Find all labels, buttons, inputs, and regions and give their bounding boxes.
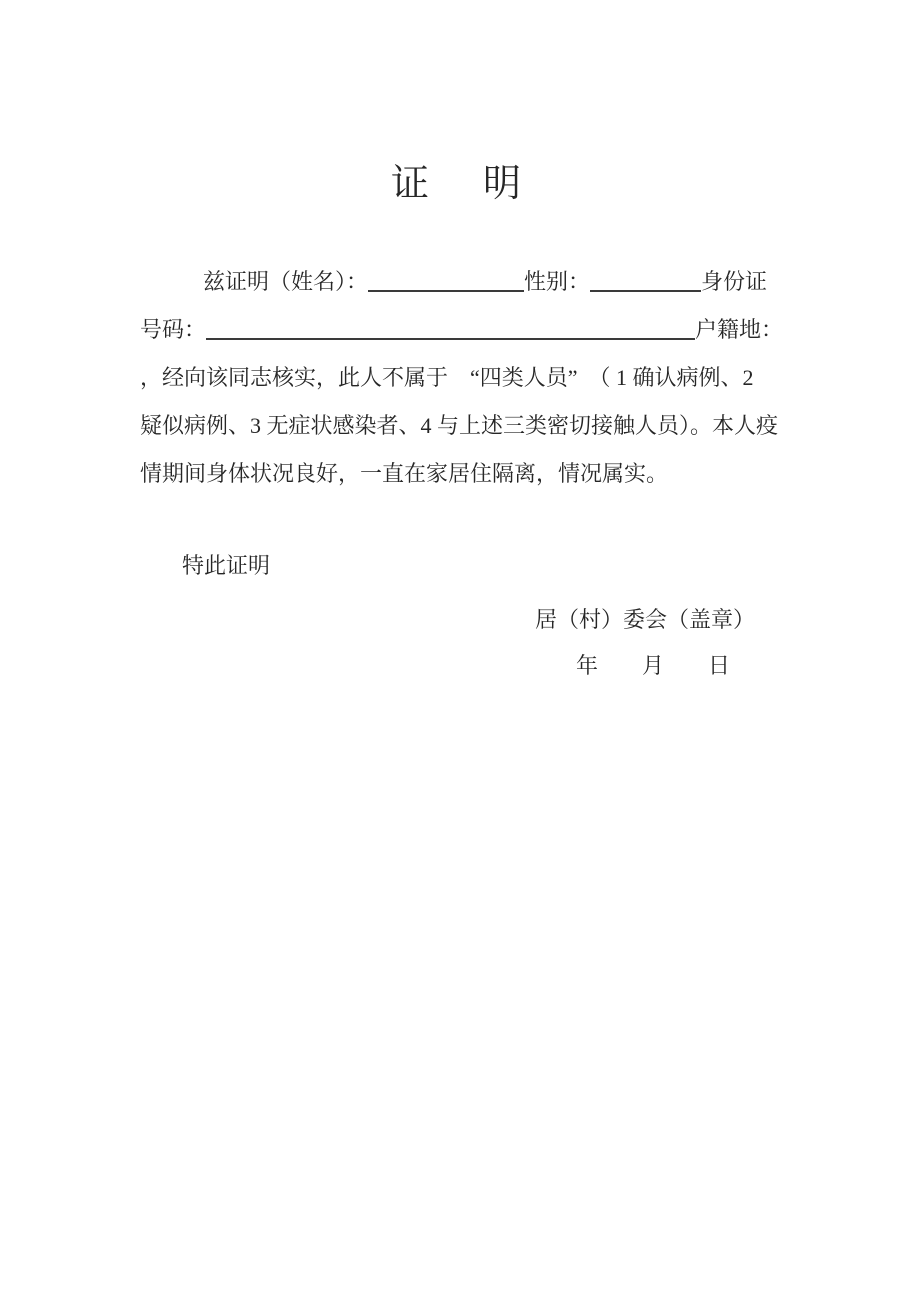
id-number-blank-field[interactable]: [206, 316, 695, 340]
gender-label: 性别：: [524, 269, 590, 294]
name-label: 兹证明（姓名）：: [203, 269, 368, 294]
body-line-4: 疑似病例、3 无症状感染者、4 与上述三类密切接触人员）。本人疫: [140, 402, 780, 450]
signature-org-line: 居（村）委会（盖章）: [140, 596, 780, 644]
gender-blank-field[interactable]: [590, 268, 701, 292]
id-card-label: 身份证: [701, 269, 767, 294]
name-blank-field[interactable]: [368, 268, 524, 292]
body-line-5: 情期间身体状况良好，一直在家居住隔离，情况属实。: [140, 450, 780, 498]
certificate-page: 证 明 兹证明（姓名）：性别：身份证 号码：户籍地： ，经向该同志核实，此人不属…: [0, 0, 920, 1302]
body-line-1: 兹证明（姓名）：性别：身份证: [140, 258, 780, 306]
id-number-label: 号码：: [140, 317, 206, 342]
body-line-2: 号码：户籍地：: [140, 306, 780, 354]
signature-date-line: 年 月 日: [140, 642, 780, 690]
body-line-3: ，经向该同志核实，此人不属于 “四类人员” （ 1 确认病例、2: [140, 354, 780, 402]
document-title: 证 明: [0, 152, 920, 216]
closing-statement: 特此证明: [140, 542, 780, 590]
residence-label: 户籍地：: [695, 317, 783, 342]
